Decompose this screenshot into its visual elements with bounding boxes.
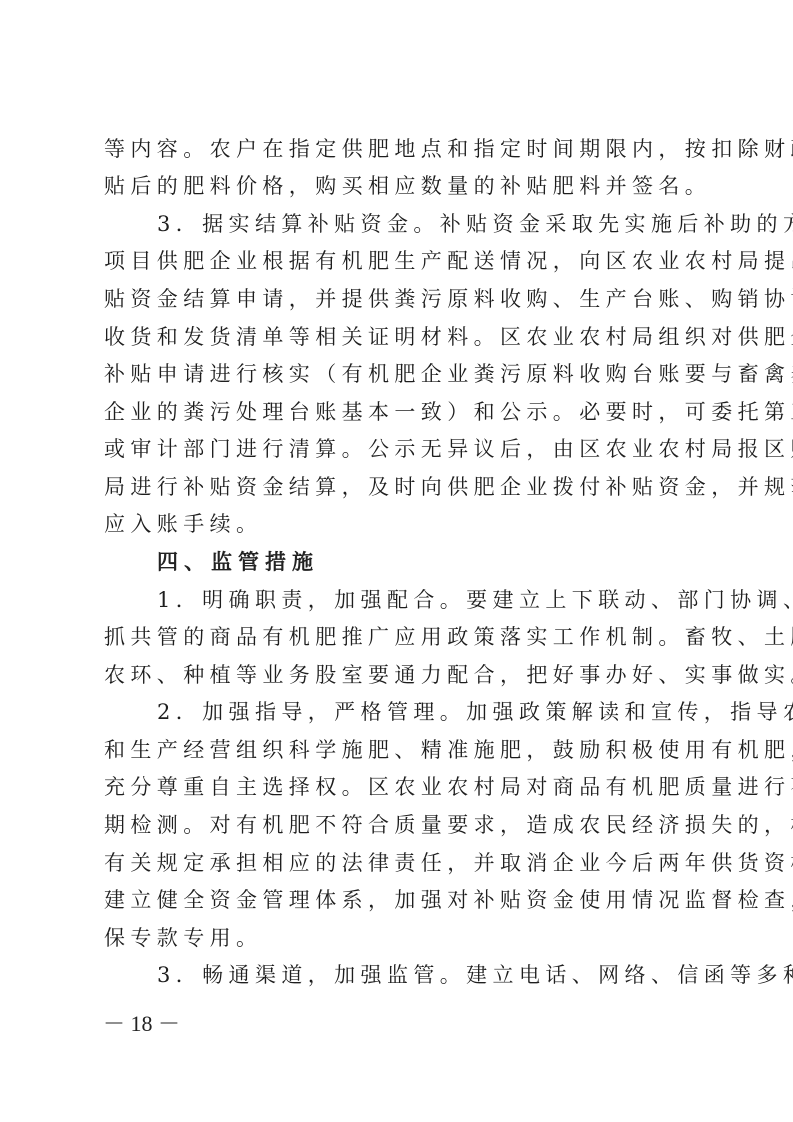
paragraph-start-line: 2．加强指导，严格管理。加强政策解读和宣传，指导农户 <box>157 699 757 725</box>
text-line: 等内容。农户在指定供肥地点和指定时间期限内，按扣除财政补 <box>104 136 704 162</box>
text-line: 应入账手续。 <box>104 511 704 537</box>
paragraph-start-line: 1．明确职责，加强配合。要建立上下联动、部门协调、齐 <box>157 587 757 613</box>
paragraph-start-line: 3．畅通渠道，加强监管。建立电话、网络、信函等多种形 <box>157 962 757 988</box>
text-line: 局进行补贴资金结算，及时向供肥企业拨付补贴资金，并规范相 <box>104 474 704 500</box>
text-line: 有关规定承担相应的法律责任，并取消企业今后两年供货资格。 <box>104 850 704 876</box>
text-line: 期检测。对有机肥不符合质量要求，造成农民经济损失的，根据 <box>104 812 704 838</box>
text-line: 贴资金结算申请，并提供粪污原料收购、生产台账、购销协议、 <box>104 286 704 312</box>
text-line: 农环、种植等业务股室要通力配合，把好事办好、实事做实。 <box>104 662 704 688</box>
text-line: 建立健全资金管理体系，加强对补贴资金使用情况监督检查，确 <box>104 887 704 913</box>
page-number: － 18 － <box>103 1011 180 1037</box>
text-line: 贴后的肥料价格，购买相应数量的补贴肥料并签名。 <box>104 173 704 199</box>
text-line: 和生产经营组织科学施肥、精准施肥，鼓励积极使用有机肥，并 <box>104 737 704 763</box>
paragraph-start-line: 3．据实结算补贴资金。补贴资金采取先实施后补助的方式。 <box>157 211 757 237</box>
text-line: 或审计部门进行清算。公示无异议后，由区农业农村局报区财政 <box>104 436 704 462</box>
text-line: 项目供肥企业根据有机肥生产配送情况，向区农业农村局提出补 <box>104 248 704 274</box>
text-line: 收货和发货清单等相关证明材料。区农业农村局组织对供肥企业 <box>104 324 704 350</box>
text-line: 企业的粪污处理台账基本一致）和公示。必要时，可委托第三方 <box>104 399 704 425</box>
section-heading: 四、监管措施 <box>157 549 757 575</box>
text-line: 保专款专用。 <box>104 925 704 951</box>
document-page: 等内容。农户在指定供肥地点和指定时间期限内，按扣除财政补 贴后的肥料价格，购买相… <box>0 0 793 1122</box>
text-line: 充分尊重自主选择权。区农业农村局对商品有机肥质量进行不定 <box>104 774 704 800</box>
text-line: 补贴申请进行核实（有机肥企业粪污原料收购台账要与畜禽养殖 <box>104 361 704 387</box>
text-line: 抓共管的商品有机肥推广应用政策落实工作机制。畜牧、土肥、 <box>104 624 704 650</box>
